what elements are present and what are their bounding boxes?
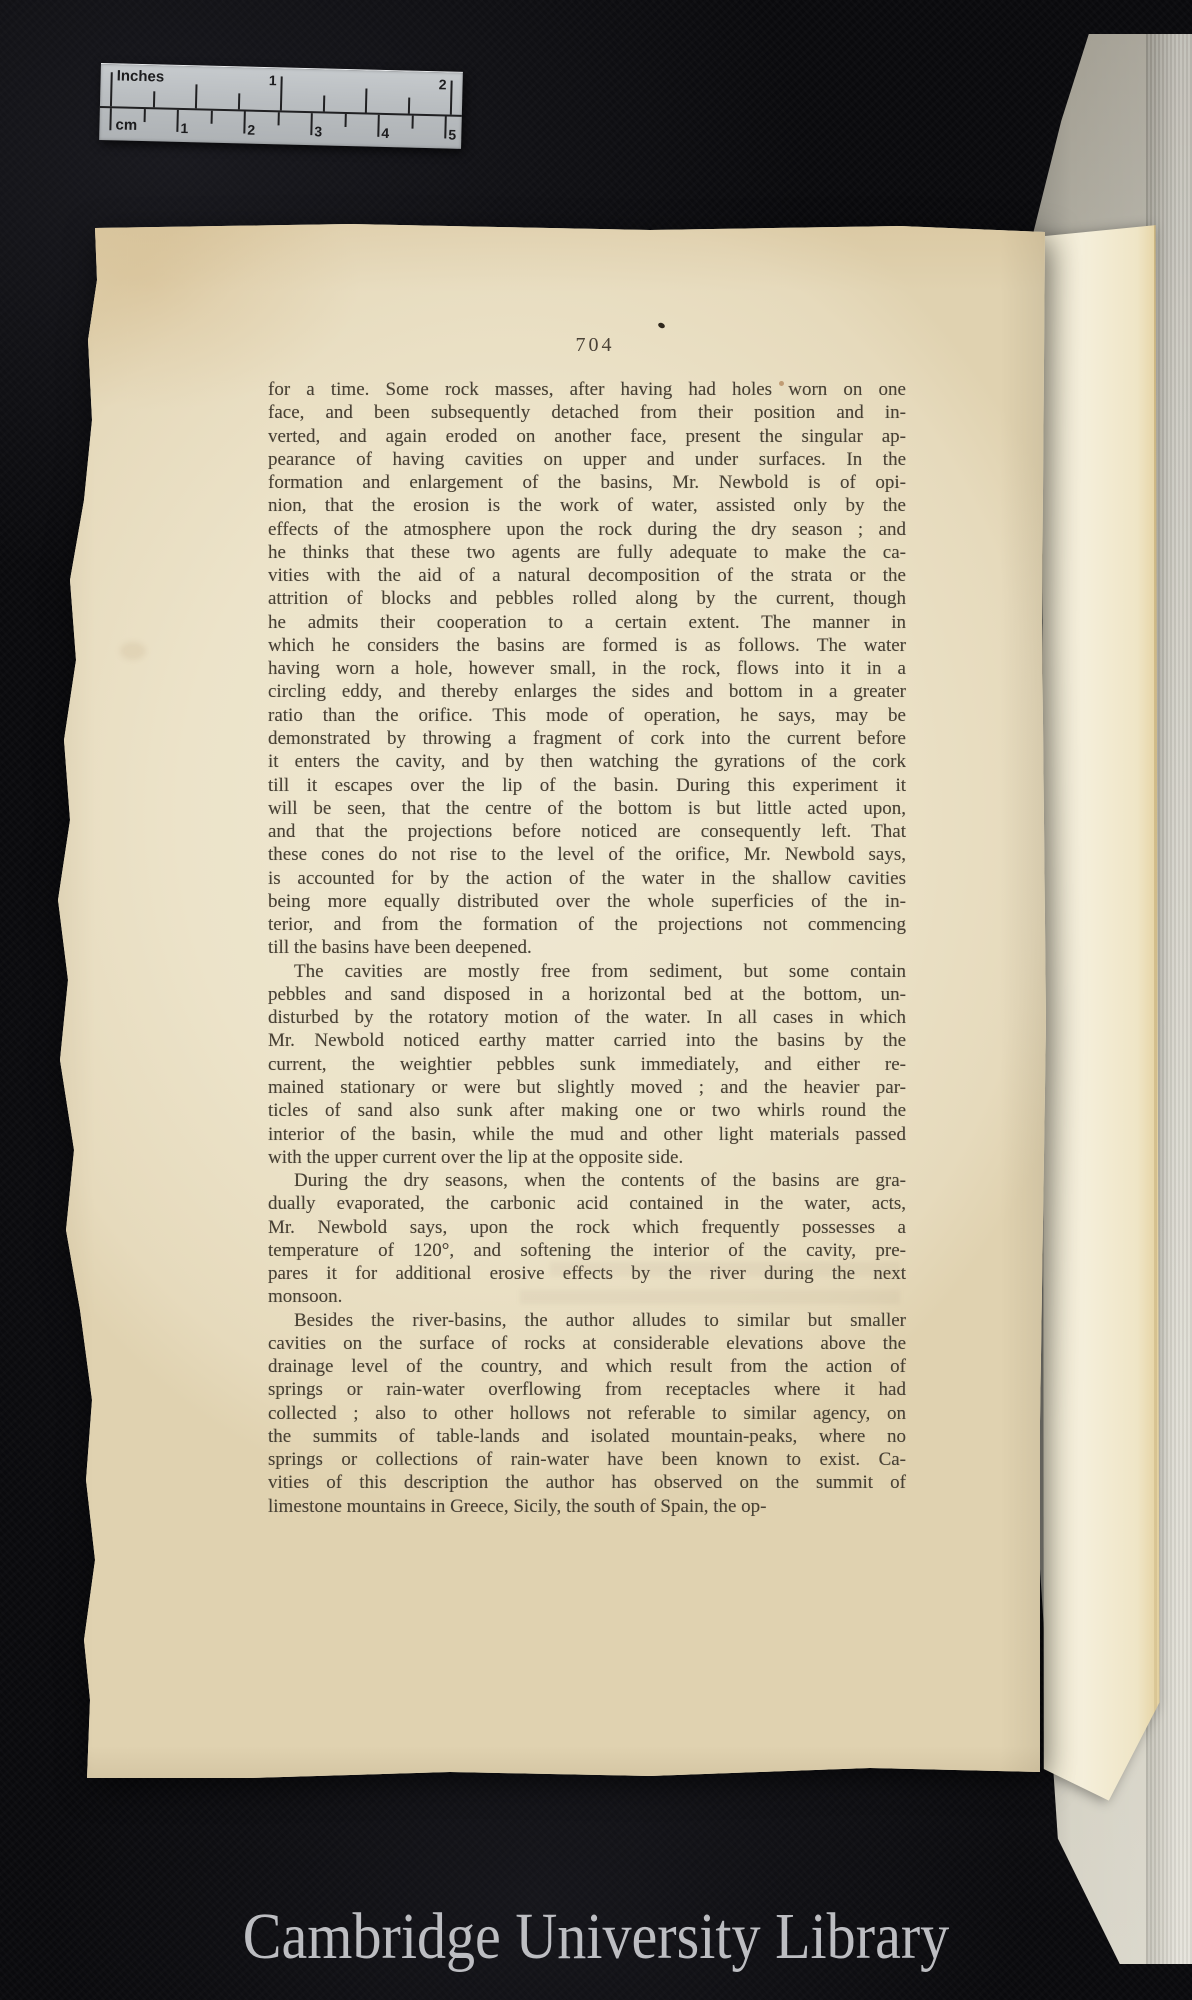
text-line: for a time. Some rock masses, after havi… [268,378,906,401]
foxing-spot [779,381,784,386]
text-line: nion, that the erosion is the work of wa… [268,494,906,517]
ruler-tick [411,116,413,129]
ruler-number: 4 [381,125,389,141]
text-line: vities with the aid of a natural decompo… [268,564,906,587]
text-line: it enters the cavity, and by then watchi… [268,750,906,773]
ruler-tick [210,111,212,124]
ruler-number: 1 [180,120,188,136]
ruler-tick [152,91,154,107]
text-line: and that the projections before noticed … [268,820,906,843]
text-line: demonstrated by throwing a fragment of c… [268,727,906,750]
ruler-tick [344,114,346,127]
text-line: drainage level of the country, and which… [268,1355,906,1378]
ruler-tick [143,109,145,122]
text-line: interior of the basin, while the mud and… [268,1123,906,1146]
text-line: The cavities are mostly free from sedime… [268,960,906,983]
text-line: dually evaporated, the carbonic acid con… [268,1192,906,1215]
ruler-tick [176,110,179,132]
page-text-block: for a time. Some rock masses, after havi… [268,378,906,1518]
paper-stain [120,642,146,660]
text-line: the summits of table-lands and isolated … [268,1425,906,1448]
text-line: springs or rain-water overflowing from r… [268,1378,906,1401]
text-line: face, and been subsequently detached fro… [268,401,906,424]
text-line: circling eddy, and thereby enlarges the … [268,680,906,703]
text-line: attrition of blocks and pebbles rolled a… [268,587,906,610]
text-line: mained stationary or were but slightly m… [268,1076,906,1099]
text-line: will be seen, that the centre of the bot… [268,797,906,820]
ruler-tick [322,95,324,111]
show-through-ghost [550,1262,900,1276]
text-line: terior, and from the formation of the pr… [268,913,906,936]
text-line: with the upper current over the lip at t… [268,1146,906,1169]
text-line: he thinks that these two agents are full… [268,541,906,564]
ruler-tick [365,88,368,112]
text-line: being more equally distributed over the … [268,890,906,913]
ruler-cm-label: cm [115,116,137,134]
ruler-tick [310,113,313,135]
text-line: is accounted for by the action of the wa… [268,867,906,890]
ruler-inches-label: Inches [116,67,164,85]
ruler-number: 2 [247,122,255,138]
page-number: 704 [545,334,645,357]
ruler-tick [444,116,447,138]
ruler-tick [109,108,112,130]
text-line: During the dry seasons, when the content… [268,1169,906,1192]
ruler-tick [280,76,283,110]
text-line: vities of this description the author ha… [268,1471,906,1494]
text-line: he admits their cooperation to a certain… [268,611,906,634]
ruler-tick [407,98,409,114]
text-line: effects of the atmosphere upon the rock … [268,518,906,541]
text-line: cavities on the surface of rocks at cons… [268,1332,906,1355]
ruler-tick [237,93,239,109]
ruler-tick [243,112,246,134]
text-line: ratio than the orifice. This mode of ope… [268,704,906,727]
ruler-tick [110,72,113,106]
text-line: verted, and again eroded on another face… [268,425,906,448]
text-line: disturbed by the rotatory motion of the … [268,1006,906,1029]
library-watermark: Cambridge University Library [72,1902,1121,1972]
text-line: pearance of having cavities on upper and… [268,448,906,471]
text-line: till it escapes over the lip of the basi… [268,774,906,797]
show-through-ghost [520,1290,900,1304]
ink-speck [657,322,665,329]
text-line: Besides the river-basins, the author all… [268,1309,906,1332]
text-line: collected ; also to other hollows not re… [268,1402,906,1425]
folded-page-edge [1036,222,1166,1807]
text-line: formation and enlargement of the basins,… [268,471,906,494]
text-line: Mr. Newbold says, upon the rock which fr… [268,1216,906,1239]
ruler-tick [277,112,279,125]
ruler-tick [195,84,198,108]
text-line: ticles of sand also sunk after making on… [268,1099,906,1122]
ruler-number: 3 [314,123,322,139]
ruler-number: 2 [424,76,446,93]
ruler-number: 5 [448,127,456,143]
text-line: springs or collections of rain-water hav… [268,1448,906,1471]
ruler-tick [450,81,453,115]
text-line: temperature of 120°, and softening the i… [268,1239,906,1262]
book-page: 704 for a time. Some rock masses, after … [50,222,1055,1784]
text-line: which he considers the basins are formed… [268,634,906,657]
ruler-number: 1 [254,72,276,89]
photo-scene: 704 for a time. Some rock masses, after … [0,0,1192,2000]
ruler-tick [377,115,380,137]
text-line: till the basins have been deepened. [268,936,906,959]
text-line: Mr. Newbold noticed earthy matter carrie… [268,1029,906,1052]
text-line: limestone mountains in Greece, Sicily, t… [268,1495,906,1518]
text-line: current, the weightier pebbles sunk imme… [268,1053,906,1076]
measurement-ruler: Inches cm 1212345 [99,63,463,149]
text-line: pebbles and sand disposed in a horizonta… [268,983,906,1006]
text-line: having worn a hole, however small, in th… [268,657,906,680]
text-line: these cones do not rise to the level of … [268,843,906,866]
